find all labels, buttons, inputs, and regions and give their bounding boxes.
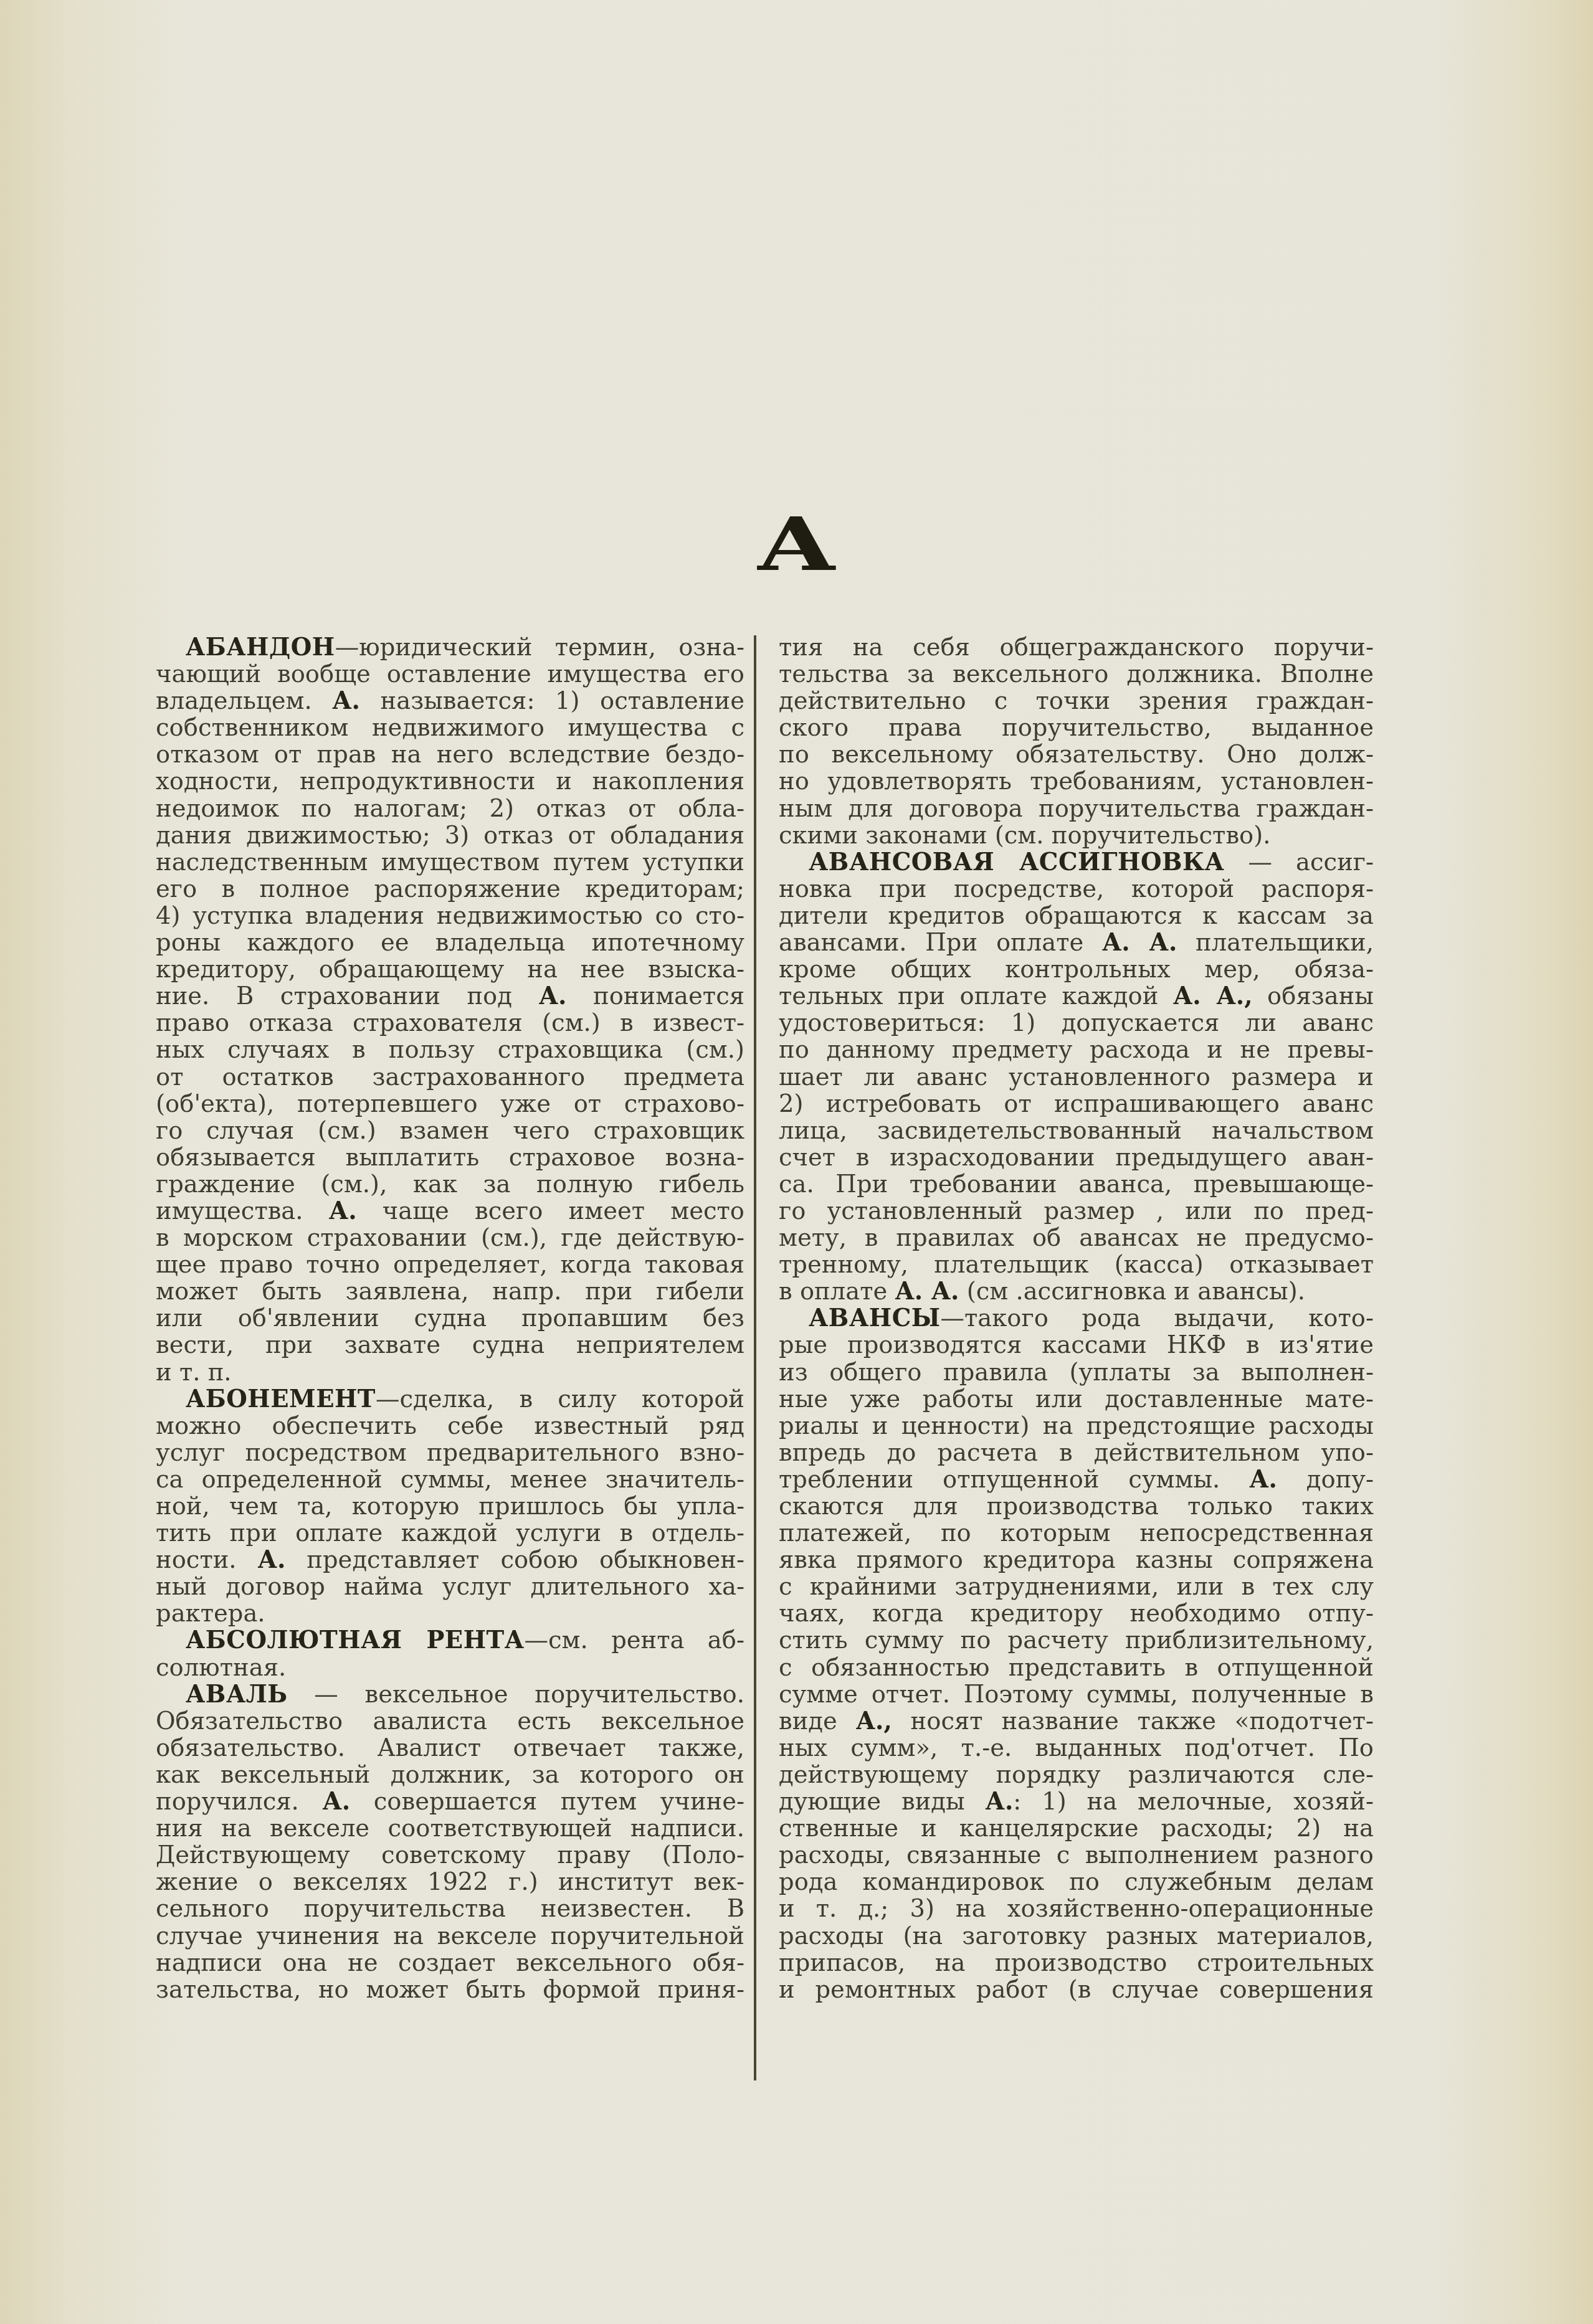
text-line: вести, при захвате судна неприятелем xyxy=(156,1332,744,1359)
body-text: рактера. xyxy=(156,1600,265,1627)
text-line: расходы, связанные с выполнением разного xyxy=(779,1842,1374,1869)
body-text: его в полное распоряжение кредиторам; xyxy=(156,876,744,903)
text-line: счет в израсходовании предыдущего аван- xyxy=(779,1144,1374,1171)
body-text: тельства за вексельного должника. Вполне xyxy=(779,661,1374,688)
body-text: го установленный размер , или по пред- xyxy=(779,1198,1374,1225)
body-text: тельных при оплате каждой xyxy=(779,983,1173,1010)
text-line: собственником недвижимого имущества с xyxy=(156,714,744,741)
text-line: щее право точно определяет, когда такова… xyxy=(156,1251,744,1278)
body-text: жение о векселях 1922 г.) институт век- xyxy=(156,1869,744,1895)
body-text: отказом от прав на него вследствие бездо… xyxy=(156,741,744,768)
body-text: чаще всего имеет место xyxy=(357,1198,744,1225)
text-line: ние. В страховании под А. понимается xyxy=(156,983,744,1010)
text-line: как вексельный должник, за которого он xyxy=(156,1762,744,1788)
body-text: —см. рента аб- xyxy=(525,1627,744,1654)
text-line: можно обеспечить себе известный ряд xyxy=(156,1413,744,1439)
text-line: ния на векселе соответствующей надписи. xyxy=(156,1815,744,1842)
body-text: сумме отчет. Поэтому суммы, полученные в xyxy=(779,1681,1374,1708)
text-line: зательства, но может быть формой приня- xyxy=(156,1976,744,2003)
text-line: услуг посредством предварительного взно- xyxy=(156,1439,744,1466)
body-text: тренному, плательщик (касса) отказывает xyxy=(779,1251,1374,1278)
body-text: 2) истребовать от испрашивающего аванс xyxy=(779,1091,1374,1117)
term-abbreviation: А. xyxy=(1249,1466,1277,1493)
text-line: 2) истребовать от испрашивающего аванс xyxy=(779,1091,1374,1117)
term-abbreviation: А., xyxy=(856,1708,892,1735)
text-line: ных случаях в пользу страховщика (см.) xyxy=(156,1036,744,1063)
entry-term: АБСОЛЮТНАЯ РЕНТА xyxy=(186,1627,525,1654)
body-text: и ремонтных работ (в случае совершения xyxy=(779,1976,1374,2003)
body-text: в морском страховании (см.), где действу… xyxy=(156,1225,744,1251)
body-text: платежей, по которым непосредственная xyxy=(779,1520,1374,1547)
body-text: расходы, связанные с выполнением разного xyxy=(779,1842,1374,1869)
text-line: ных сумм», т.-е. выданных под'отчет. По xyxy=(779,1735,1374,1762)
body-text: — вексельное поручительство. xyxy=(288,1681,744,1708)
entry-term: АВАНСЫ xyxy=(809,1305,941,1332)
body-text: может быть заявлена, напр. при гибели xyxy=(156,1278,744,1305)
text-line: скаются для производства только таких xyxy=(779,1493,1374,1520)
text-line: сумме отчет. Поэтому суммы, полученные в xyxy=(779,1681,1374,1708)
left-column: АБАНДОН—юридический термин, озна-чающий … xyxy=(156,634,744,2003)
body-text: припасов, на производство строительных xyxy=(779,1950,1374,1976)
body-text: —такого рода выдачи, кото- xyxy=(941,1305,1374,1332)
body-text: носят название также «подотчет- xyxy=(892,1708,1374,1735)
body-text: — ассиг- xyxy=(1224,849,1374,876)
body-text: са. При требовании аванса, превышающе- xyxy=(779,1171,1374,1198)
body-text: из общего правила (уплаты за выполнен- xyxy=(779,1359,1374,1386)
body-text: лица, засвидетельствованный начальством xyxy=(779,1117,1374,1144)
text-line: обязывается выплатить страховое возна- xyxy=(156,1144,744,1171)
body-text: рода командировок по служебным делам xyxy=(779,1869,1374,1895)
body-text: ные уже работы или доставленные мате- xyxy=(779,1386,1374,1413)
text-line: ходности, непродуктивности и накопления xyxy=(156,768,744,795)
text-line: сельного поручительства неизвестен. В xyxy=(156,1895,744,1922)
term-abbreviation: А. xyxy=(332,688,360,714)
text-line: дания движимостью; 3) отказ от обладания xyxy=(156,822,744,849)
text-line: и т. п. xyxy=(156,1359,744,1386)
body-text: собственником недвижимого имущества с xyxy=(156,714,744,741)
body-text: имущества. xyxy=(156,1198,329,1225)
entry-start-line: АБАНДОН—юридический термин, озна- xyxy=(156,634,744,661)
text-line: виде А., носят название также «подотчет- xyxy=(779,1708,1374,1735)
body-text: Действующему советскому праву (Поло- xyxy=(156,1842,744,1869)
body-text: понимается xyxy=(566,983,744,1010)
text-line: солютная. xyxy=(156,1654,744,1681)
text-line: отказом от прав на него вследствие бездо… xyxy=(156,741,744,768)
text-line: поручился. А. совершается путем учине- xyxy=(156,1788,744,1815)
body-text: представляет собою обыкновен- xyxy=(285,1547,744,1573)
text-line: граждение (см.), как за полную гибель xyxy=(156,1171,744,1198)
body-text: ние. В страховании под xyxy=(156,983,539,1010)
body-text: ского права поручительство, выданное xyxy=(779,714,1374,741)
text-line: шает ли аванс установленного размера и xyxy=(779,1064,1374,1091)
body-text: ния на векселе соответствующей надписи. xyxy=(156,1815,744,1842)
text-line: с обязанностью представить в отпущенной xyxy=(779,1654,1374,1681)
body-text: роны каждого ее владельца ипотечному xyxy=(156,929,744,956)
body-text: щее право точно определяет, когда такова… xyxy=(156,1251,744,1278)
text-line: ной, чем та, которую пришлось бы упла- xyxy=(156,1493,744,1520)
body-text: или об'явлении судна пропавшим без xyxy=(156,1305,744,1332)
text-line: ный договор найма услуг длительного ха- xyxy=(156,1573,744,1600)
text-line: го случая (см.) взамен чего страховщик xyxy=(156,1117,744,1144)
right-column: тия на себя общегражданского поручи-тель… xyxy=(779,634,1374,2003)
body-text: от остатков застрахованного предмета xyxy=(156,1064,744,1091)
body-text: услуг посредством предварительного взно- xyxy=(156,1439,744,1466)
body-text: дания движимостью; 3) отказ от обладания xyxy=(156,822,744,849)
body-text: счет в израсходовании предыдущего аван- xyxy=(779,1144,1374,1171)
text-line: го установленный размер , или по пред- xyxy=(779,1198,1374,1225)
text-line: новка при посредстве, которой распоря- xyxy=(779,876,1374,903)
body-text: кроме общих контрольных мер, обяза- xyxy=(779,956,1374,983)
body-text: дующие виды xyxy=(779,1788,986,1815)
text-line: ского права поручительство, выданное xyxy=(779,714,1374,741)
body-text: (об'екта), потерпевшего уже от страхово- xyxy=(156,1091,744,1117)
body-text: и т. д.; 3) на хозяйственно-операционные xyxy=(779,1895,1374,1922)
text-line: но удовлетворять требованиям, установлен… xyxy=(779,768,1374,795)
body-text: но удовлетворять требованиям, установлен… xyxy=(779,768,1374,795)
text-line: са определенной суммы, менее значитель- xyxy=(156,1466,744,1493)
body-text: с крайними затруднениями, или в тех слу xyxy=(779,1573,1374,1600)
text-line: кредитору, обращающему на нее взыска- xyxy=(156,956,744,983)
text-line: скими законами (см. поручительство). xyxy=(779,822,1374,849)
body-text: рые производятся кассами НКФ в из'ятие xyxy=(779,1332,1374,1359)
text-line: с крайними затруднениями, или в тех слу xyxy=(779,1573,1374,1600)
entry-start-line: АБСОЛЮТНАЯ РЕНТА—см. рента аб- xyxy=(156,1627,744,1654)
text-line: стить сумму по расчету приблизительному, xyxy=(779,1627,1374,1654)
body-text: скими законами (см. поручительство). xyxy=(779,822,1271,849)
entry-start-line: АВАЛЬ — вексельное поручительство. xyxy=(156,1681,744,1708)
body-text: действительно с точки зрения граждан- xyxy=(779,688,1374,714)
body-text: явка прямого кредитора казны сопряжена xyxy=(779,1547,1374,1573)
body-text: стить сумму по расчету приблизительному, xyxy=(779,1627,1374,1654)
text-line: са. При требовании аванса, превышающе- xyxy=(779,1171,1374,1198)
text-line: по данному предмету расхода и не превы- xyxy=(779,1036,1374,1063)
body-text: недоимок по налогам; 2) отказ от обла- xyxy=(156,795,744,822)
text-line: дующие виды А.: 1) на мелочные, хозяй- xyxy=(779,1788,1374,1815)
body-text: граждение (см.), как за полную гибель xyxy=(156,1171,744,1198)
body-text: ходности, непродуктивности и накопления xyxy=(156,768,744,795)
term-abbreviation: А. xyxy=(329,1198,357,1225)
body-text: обязательство. Авалист отвечает также, xyxy=(156,1735,744,1762)
body-text: называется: 1) оставление xyxy=(360,688,744,714)
text-line: роны каждого ее владельца ипотечному xyxy=(156,929,744,956)
body-text: виде xyxy=(779,1708,856,1735)
text-line: тия на себя общегражданского поручи- xyxy=(779,634,1374,661)
entry-term: АБАНДОН xyxy=(186,634,335,661)
text-line: в морском страховании (см.), где действу… xyxy=(156,1225,744,1251)
body-text: дители кредитов обращаются к кассам за xyxy=(779,903,1374,929)
body-text: с обязанностью представить в отпущенной xyxy=(779,1654,1374,1681)
text-line: ные уже работы или доставленные мате- xyxy=(779,1386,1374,1413)
text-line: право отказа страхователя (см.) в извест… xyxy=(156,1010,744,1036)
body-text: в оплате xyxy=(779,1278,895,1305)
body-text: ности. xyxy=(156,1547,258,1573)
text-line: от остатков застрахованного предмета xyxy=(156,1064,744,1091)
text-line: и ремонтных работ (в случае совершения xyxy=(779,1976,1374,2003)
body-text: плательщики, xyxy=(1177,929,1374,956)
body-text: сельного поручительства неизвестен. В xyxy=(156,1895,744,1922)
body-text: ным для договора поручительства граждан- xyxy=(779,795,1374,822)
text-line: треблении отпущенной суммы. А. допу- xyxy=(779,1466,1374,1493)
text-line: ным для договора поручительства граждан- xyxy=(779,795,1374,822)
body-text: надписи она не создает вексельного обя- xyxy=(156,1950,744,1976)
text-line: тить при оплате каждой услуги в отдель- xyxy=(156,1520,744,1547)
text-line: может быть заявлена, напр. при гибели xyxy=(156,1278,744,1305)
body-text: как вексельный должник, за которого он xyxy=(156,1762,744,1788)
body-text: обязывается выплатить страховое возна- xyxy=(156,1144,744,1171)
body-text: наследственным имуществом путем уступки xyxy=(156,849,744,876)
text-line: впредь до расчета в действительном упо- xyxy=(779,1439,1374,1466)
text-line: рые производятся кассами НКФ в из'ятие xyxy=(779,1332,1374,1359)
entry-term: АВАЛЬ xyxy=(186,1681,288,1708)
text-line: Действующему советскому праву (Поло- xyxy=(156,1842,744,1869)
body-text: право отказа страхователя (см.) в извест… xyxy=(156,1010,744,1036)
term-abbreviation: А. А. xyxy=(895,1278,959,1305)
text-line: тельных при оплате каждой А. А., обязаны xyxy=(779,983,1374,1010)
term-abbreviation: А. xyxy=(539,983,567,1010)
body-text: тия на себя общегражданского поручи- xyxy=(779,634,1374,661)
body-text: мету, в правилах об авансах не предусмо- xyxy=(779,1225,1374,1251)
body-text: ственные и канцелярские расходы; 2) на xyxy=(779,1815,1374,1842)
body-text: са определенной суммы, менее значитель- xyxy=(156,1466,744,1493)
body-text: скаются для производства только таких xyxy=(779,1493,1374,1520)
body-text: ной, чем та, которую пришлось бы упла- xyxy=(156,1493,744,1520)
entry-term: АБОНЕМЕНТ xyxy=(186,1386,376,1413)
body-text: удостовериться: 1) допускается ли аванс xyxy=(779,1010,1374,1036)
text-line: владельцем. А. называется: 1) оставление xyxy=(156,688,744,714)
body-text: тить при оплате каждой услуги в отдель- xyxy=(156,1520,744,1547)
text-line: припасов, на производство строительных xyxy=(779,1950,1374,1976)
text-line: ности. А. представляет собою обыкновен- xyxy=(156,1547,744,1573)
body-text: треблении отпущенной суммы. xyxy=(779,1466,1249,1493)
term-abbreviation: А. А. xyxy=(1102,929,1177,956)
body-text: совершается путем учине- xyxy=(350,1788,744,1815)
body-text: (см .ассигновка и авансы). xyxy=(959,1278,1305,1305)
body-text: ных случаях в пользу страховщика (см.) xyxy=(156,1036,744,1063)
entry-start-line: АВАНСОВАЯ АССИГНОВКА — ассиг- xyxy=(779,849,1374,876)
text-line: в оплате А. А. (см .ассигновка и авансы)… xyxy=(779,1278,1374,1305)
body-text: кредитору, обращающему на нее взыска- xyxy=(156,956,744,983)
body-text: обязаны xyxy=(1253,983,1374,1010)
text-line: действующему порядку различаются сле- xyxy=(779,1762,1374,1788)
text-line: дители кредитов обращаются к кассам за xyxy=(779,903,1374,929)
body-text: расходы (на заготовку разных материалов, xyxy=(779,1923,1374,1950)
body-text: —сделка, в силу которой xyxy=(376,1386,744,1413)
body-text: зательства, но может быть формой приня- xyxy=(156,1976,744,2003)
column-divider xyxy=(754,635,756,2080)
text-line: его в полное распоряжение кредиторам; xyxy=(156,876,744,903)
text-line: наследственным имуществом путем уступки xyxy=(156,849,744,876)
entry-term: АВАНСОВАЯ АССИГНОВКА xyxy=(809,849,1224,876)
text-line: чающий вообще оставление имущества его xyxy=(156,661,744,688)
body-text: поручился. xyxy=(156,1788,322,1815)
text-line: 4) уступка владения недвижимостью со сто… xyxy=(156,903,744,929)
body-text: риалы и ценности) на предстоящие расходы xyxy=(779,1413,1374,1439)
text-line: рода командировок по служебным делам xyxy=(779,1869,1374,1895)
body-text: вести, при захвате судна неприятелем xyxy=(156,1332,744,1359)
body-text: по данному предмету расхода и не превы- xyxy=(779,1036,1374,1063)
section-letter-heading: А xyxy=(0,508,1593,581)
text-line: мету, в правилах об авансах не предусмо- xyxy=(779,1225,1374,1251)
body-text: по вексельному обязательству. Оно долж- xyxy=(779,741,1374,768)
text-line: кроме общих контрольных мер, обяза- xyxy=(779,956,1374,983)
body-text: чаях, когда кредитору необходимо отпу- xyxy=(779,1600,1374,1627)
body-text: новка при посредстве, которой распоря- xyxy=(779,876,1374,903)
body-text: солютная. xyxy=(156,1654,286,1681)
body-text: действующему порядку различаются сле- xyxy=(779,1762,1374,1788)
term-abbreviation: А. xyxy=(258,1547,286,1573)
body-text: : 1) на мелочные, хозяй- xyxy=(1013,1788,1374,1815)
text-line: риалы и ценности) на предстоящие расходы xyxy=(779,1413,1374,1439)
text-line: из общего правила (уплаты за выполнен- xyxy=(779,1359,1374,1386)
body-text: 4) уступка владения недвижимостью со сто… xyxy=(156,903,744,929)
body-text: го случая (см.) взамен чего страховщик xyxy=(156,1117,744,1144)
body-text: —юридический термин, озна- xyxy=(335,634,744,661)
text-line: тельства за вексельного должника. Вполне xyxy=(779,661,1374,688)
text-line: Обязательство авалиста есть вексельное xyxy=(156,1708,744,1735)
text-line: или об'явлении судна пропавшим без xyxy=(156,1305,744,1332)
body-text: ный договор найма услуг длительного ха- xyxy=(156,1573,744,1600)
entry-start-line: АВАНСЫ—такого рода выдачи, кото- xyxy=(779,1305,1374,1332)
text-line: чаях, когда кредитору необходимо отпу- xyxy=(779,1600,1374,1627)
body-text: допу- xyxy=(1277,1466,1374,1493)
term-abbreviation: А. xyxy=(986,1788,1014,1815)
text-line: удостовериться: 1) допускается ли аванс xyxy=(779,1010,1374,1036)
body-text: ных сумм», т.-е. выданных под'отчет. По xyxy=(779,1735,1374,1762)
text-line: по вексельному обязательству. Оно долж- xyxy=(779,741,1374,768)
text-line: явка прямого кредитора казны сопряжена xyxy=(779,1547,1374,1573)
term-abbreviation: А. xyxy=(322,1788,350,1815)
body-text: чающий вообще оставление имущества его xyxy=(156,661,744,688)
body-text: случае учинения на векселе поручительной xyxy=(156,1923,744,1950)
body-text: шает ли аванс установленного размера и xyxy=(779,1064,1374,1091)
body-text: и т. п. xyxy=(156,1359,232,1386)
entry-start-line: АБОНЕМЕНТ—сделка, в силу которой xyxy=(156,1386,744,1413)
text-line: обязательство. Авалист отвечает также, xyxy=(156,1735,744,1762)
text-line: авансами. При оплате А. А. плательщики, xyxy=(779,929,1374,956)
text-line: имущества. А. чаще всего имеет место xyxy=(156,1198,744,1225)
text-line: лица, засвидетельствованный начальством xyxy=(779,1117,1374,1144)
text-line: случае учинения на векселе поручительной xyxy=(156,1923,744,1950)
body-text: можно обеспечить себе известный ряд xyxy=(156,1413,744,1439)
text-line: ственные и канцелярские расходы; 2) на xyxy=(779,1815,1374,1842)
text-line: платежей, по которым непосредственная xyxy=(779,1520,1374,1547)
term-abbreviation: А. А., xyxy=(1173,983,1253,1010)
text-line: недоимок по налогам; 2) отказ от обла- xyxy=(156,795,744,822)
text-line: надписи она не создает вексельного обя- xyxy=(156,1950,744,1976)
text-line: тренному, плательщик (касса) отказывает xyxy=(779,1251,1374,1278)
body-text: владельцем. xyxy=(156,688,332,714)
text-line: (об'екта), потерпевшего уже от страхово- xyxy=(156,1091,744,1117)
body-text: Обязательство авалиста есть вексельное xyxy=(156,1708,744,1735)
text-line: жение о векселях 1922 г.) институт век- xyxy=(156,1869,744,1895)
text-line: рактера. xyxy=(156,1600,744,1627)
body-text: впредь до расчета в действительном упо- xyxy=(779,1439,1374,1466)
text-line: и т. д.; 3) на хозяйственно-операционные xyxy=(779,1895,1374,1922)
body-text: авансами. При оплате xyxy=(779,929,1102,956)
text-line: расходы (на заготовку разных материалов, xyxy=(779,1923,1374,1950)
text-line: действительно с точки зрения граждан- xyxy=(779,688,1374,714)
